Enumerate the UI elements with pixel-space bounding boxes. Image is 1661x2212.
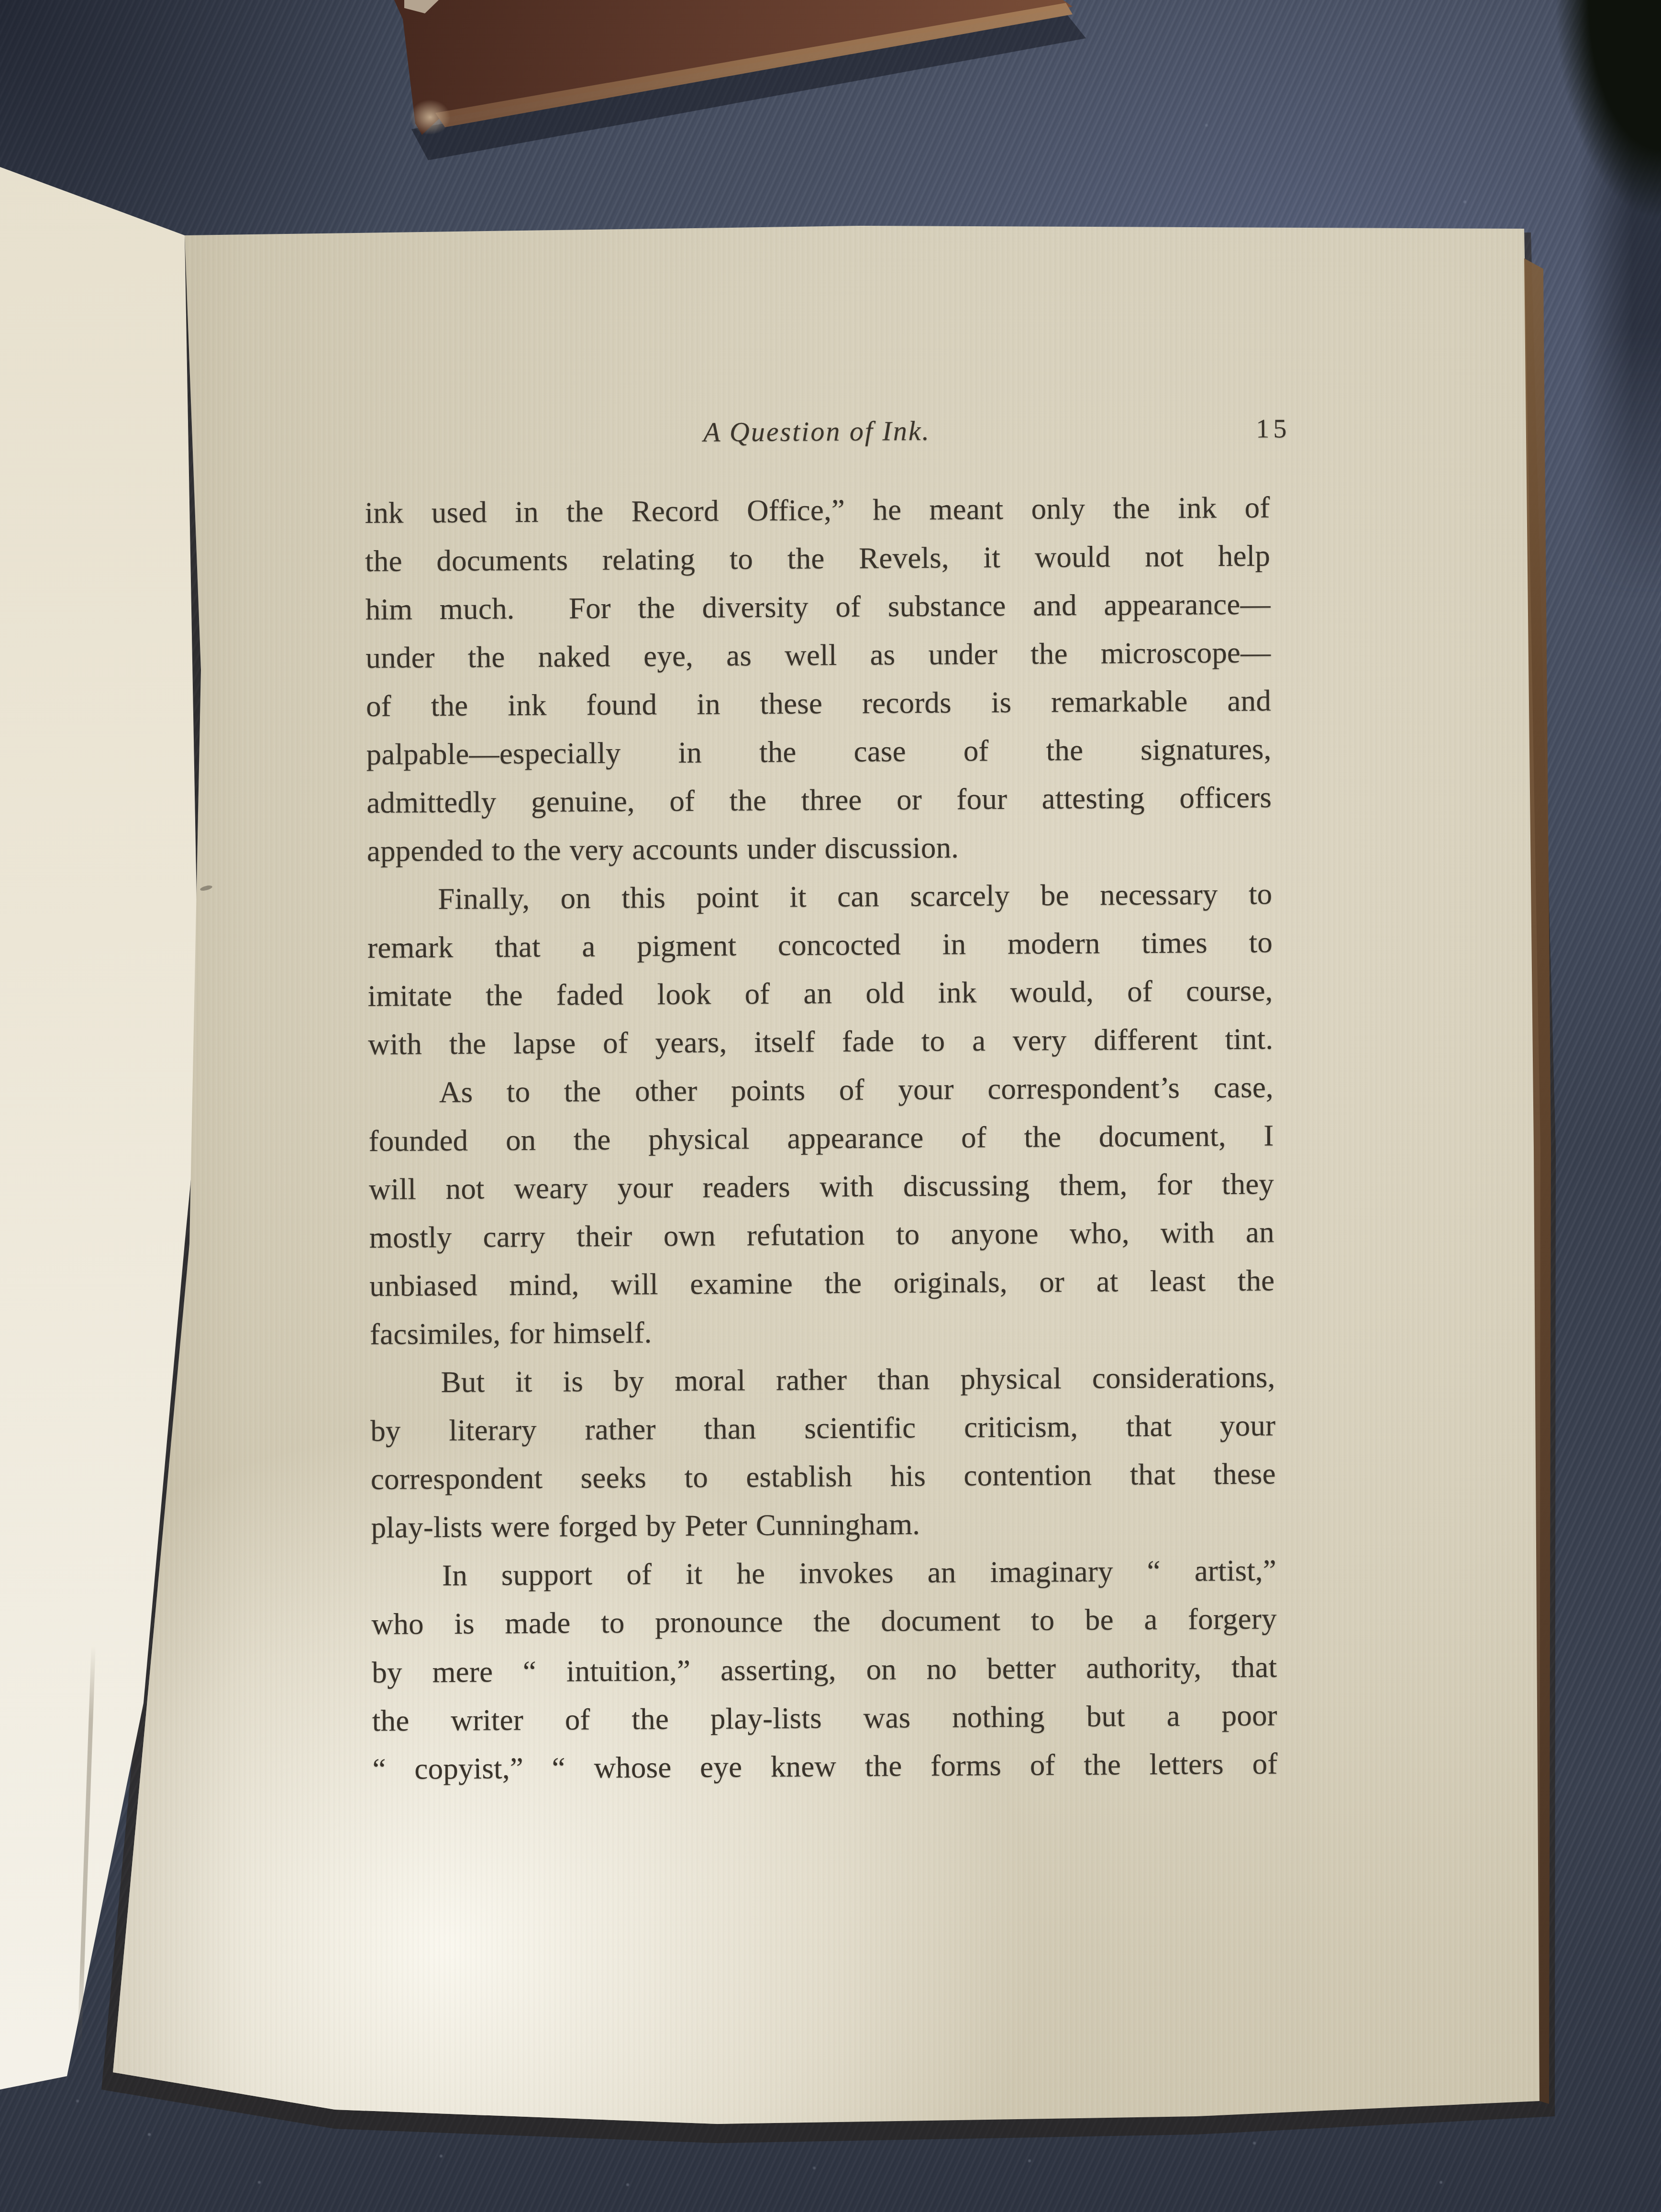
text-line: play-lists were forged by Peter Cunningh… — [371, 1498, 1276, 1552]
text-line: ink used in the Record Office,” he meant… — [365, 483, 1270, 537]
page-number: 15 — [1256, 413, 1290, 444]
text-line: unbiased mind, will examine the original… — [369, 1256, 1275, 1310]
running-header: A Question of Ink. 15 — [364, 412, 1270, 466]
text-line: In support of it he invokes an imaginary… — [371, 1546, 1277, 1600]
text-line: will not weary your readers with discuss… — [369, 1160, 1274, 1214]
text-line: by literary rather than scientific criti… — [370, 1401, 1276, 1455]
text-line: “ copyist,” “ whose eye knew the forms o… — [372, 1739, 1278, 1793]
text-line: correspondent seeks to establish his con… — [371, 1449, 1276, 1504]
page-title: A Question of Ink. — [364, 412, 1269, 450]
text-line: appended to the very accounts under disc… — [367, 821, 1273, 875]
body-text-column: ink used in the Record Office,” he meant… — [365, 483, 1278, 1793]
text-line: As to the other points of your correspon… — [368, 1063, 1274, 1117]
text-line: founded on the physical appearance of th… — [368, 1111, 1274, 1165]
text-line: But it is by moral rather than physical … — [370, 1353, 1275, 1407]
text-line: remark that a pigment concocted in moder… — [367, 918, 1273, 972]
text-line: who is made to pronounce the document to… — [371, 1594, 1277, 1648]
text-line: the writer of the play-lists was nothing… — [372, 1691, 1278, 1745]
text-line: the documents relating to the Revels, it… — [365, 531, 1271, 586]
text-line: imitate the faded look of an old ink wou… — [367, 966, 1273, 1020]
text-line: under the naked eye, as well as under th… — [365, 628, 1271, 682]
photo-scene: A Question of Ink. 15 ink used in the Re… — [0, 0, 1661, 2212]
text-line: by mere “ intuition,” asserting, on no b… — [372, 1643, 1277, 1697]
text-line: admittedly genuine, of the three or four… — [366, 773, 1272, 827]
cloth-sparkle-highlights — [0, 0, 2, 2]
text-line: with the lapse of years, itself fade to … — [368, 1015, 1273, 1069]
text-line: mostly carry their own refutation to any… — [369, 1208, 1274, 1262]
text-line: palpable—especially in the case of the s… — [366, 725, 1272, 779]
printed-text-layer: A Question of Ink. 15 ink used in the Re… — [362, 0, 1280, 2212]
text-line: facsimiles, for himself. — [370, 1305, 1275, 1359]
text-line: of the ink found in these records is rem… — [366, 676, 1272, 730]
text-line: him much. For the diversity of substance… — [365, 580, 1271, 634]
text-line: Finally, on this point it can scarcely b… — [367, 870, 1273, 924]
